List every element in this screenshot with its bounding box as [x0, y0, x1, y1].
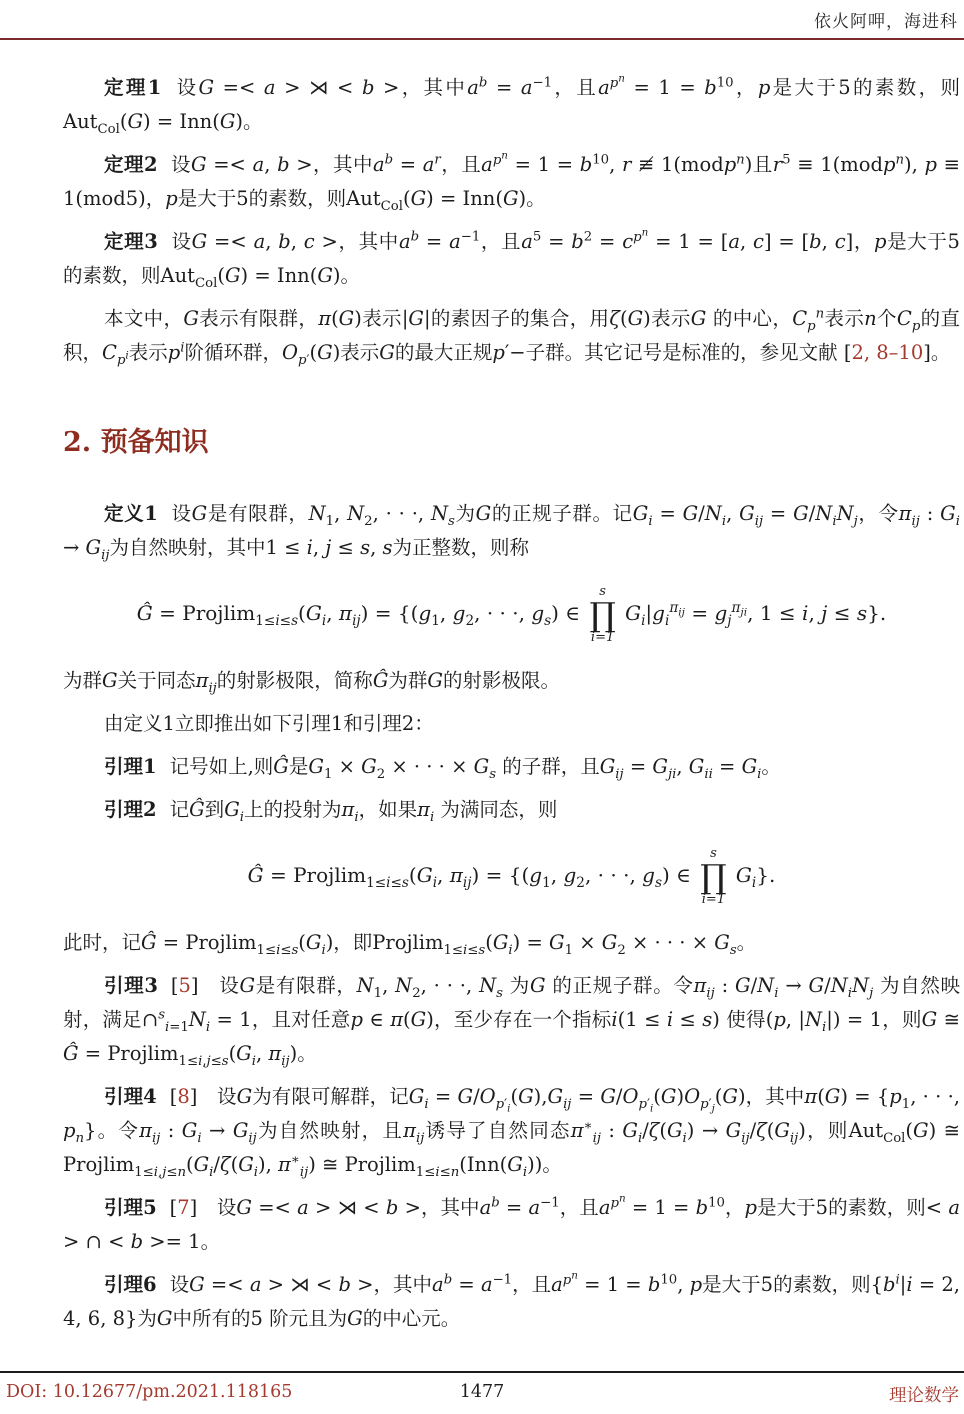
- page-body: 定理1设G =< a > ⋊ < b >，其中ab = a−1，且apn = 1…: [63, 40, 960, 1345]
- equation-projlim-product: Ĝ = Projlim1≤i≤s(Gi, πij) = {(g1, g2, · …: [63, 847, 960, 906]
- lemma-2-text: 记Ĝ到Gi上的投射为πi，如果πi 为满同态，则: [170, 798, 558, 821]
- paragraph-notation-intro: 本文中，G表示有限群，π(G)表示|G|的素因子的集合，用ζ(G)表示G 的中心…: [63, 302, 960, 370]
- lemma-5-label: 引理5: [104, 1196, 157, 1219]
- lemma-6-text: 设G =< a > ⋊ < b >，其中ab = a−1，且apn = 1 = …: [63, 1273, 960, 1330]
- definition-1-label: 定义1: [104, 502, 158, 525]
- lemma-1-text: 记号如上,则Ĝ是G1 × G2 × · · · × Gs 的子群，且Gij = …: [170, 755, 781, 778]
- citation-7[interactable]: 7: [177, 1196, 189, 1219]
- equation-1-text: Ĝ = Projlim1≤i≤s(Gi, πij) = {(g1, g2, · …: [137, 601, 886, 625]
- paragraph-lemma-3: 引理3[5] 设G是有限群，N1, N2, · · ·, Ns 为G 的正规子群…: [63, 969, 960, 1071]
- lemma-2-label: 引理2: [104, 798, 157, 821]
- notation-intro-text: 本文中，G表示有限群，π(G)表示|G|的素因子的集合，用ζ(G)表示G 的中心…: [63, 307, 960, 364]
- paragraph-lemma-6: 引理6设G =< a > ⋊ < b >，其中ab = a−1，且apn = 1…: [63, 1268, 960, 1336]
- definition-1-text: 设G是有限群，N1, N2, · · ·, Ns为G的正规子群。记Gi = G/…: [63, 502, 960, 559]
- derive-lemmas-text: 由定义1立即推出如下引理1和引理2：: [104, 712, 434, 735]
- section-heading-preliminaries: 2. 预备知识: [63, 420, 960, 459]
- paragraph-theorem-2: 定理2设G =< a, b >，其中ab = ar，且apn = 1 = b10…: [63, 148, 960, 216]
- theorem-2-text: 设G =< a, b >，其中ab = ar，且apn = 1 = b10, r…: [63, 153, 960, 210]
- lemma-5-text: [7] 设G =< a > ⋊ < b >，其中ab = a−1，且apn = …: [63, 1196, 960, 1253]
- product-symbol: s∏i=1: [589, 585, 615, 644]
- paragraph-theorem-3: 定理3设G =< a, b, c >，其中ab = a−1，且a5 = b2 =…: [63, 225, 960, 293]
- paragraph-lemma-1: 引理1记号如上,则Ĝ是G1 × G2 × · · · × Gs 的子群，且Gij…: [63, 750, 960, 784]
- doi-link[interactable]: DOI: 10.12677/pm.2021.118165: [6, 1382, 292, 1402]
- paragraph-lemma-2: 引理2记Ĝ到Gi上的投射为πi，如果πi 为满同态，则: [63, 793, 960, 827]
- theorem-3-label: 定理3: [104, 230, 158, 253]
- paragraph-projlim-direct-product: 此时，记Ĝ = Projlim1≤i≤s(Gi)，即Projlim1≤i≤s(G…: [63, 926, 960, 960]
- equation-2-text: Ĝ = Projlim1≤i≤s(Gi, πij) = {(g1, g2, · …: [248, 863, 776, 887]
- lemma-4-text: [8] 设G为有限可解群，记Gi = G/Op′i(G),Gij = G/Op′…: [63, 1085, 960, 1176]
- journal-name: 理论数学: [889, 1382, 959, 1407]
- paragraph-lemma-5: 引理5[7] 设G =< a > ⋊ < b >，其中ab = a−1，且apn…: [63, 1191, 960, 1259]
- lemma-4-label: 引理4: [104, 1085, 157, 1108]
- lemma-3-text: [5] 设G是有限群，N1, N2, · · ·, Ns 为G 的正规子群。令π…: [63, 974, 960, 1065]
- theorem-2-label: 定理2: [104, 153, 158, 176]
- lemma-3-label: 引理3: [104, 974, 158, 997]
- theorem-1-text: 设G =< a > ⋊ < b >，其中ab = a−1，且apn = 1 = …: [63, 76, 960, 133]
- citation-8[interactable]: 8: [177, 1085, 189, 1108]
- equation-projlim-full: Ĝ = Projlim1≤i≤s(Gi, πij) = {(g1, g2, · …: [63, 585, 960, 644]
- product-symbol: s∏i=1: [700, 847, 726, 906]
- paragraph-theorem-1: 定理1设G =< a > ⋊ < b >，其中ab = a−1，且apn = 1…: [63, 71, 960, 139]
- projlim-direct-product-text: 此时，记Ĝ = Projlim1≤i≤s(Gi)，即Projlim1≤i≤s(G…: [63, 931, 756, 954]
- citation-5[interactable]: 5: [179, 974, 191, 997]
- theorem-1-label: 定理1: [104, 76, 161, 99]
- lemma-1-label: 引理1: [104, 755, 157, 778]
- page-header: 依火阿呷，海进科: [0, 0, 964, 38]
- paragraph-lemma-4: 引理4[8] 设G为有限可解群，记Gi = G/Op′i(G),Gij = G/…: [63, 1080, 960, 1182]
- projlim-description-text: 为群G关于同态πij的射影极限，简称Ĝ为群G的射影极限。: [63, 669, 560, 692]
- page-number: 1477: [460, 1382, 505, 1402]
- paragraph-projlim-description: 为群G关于同态πij的射影极限，简称Ĝ为群G的射影极限。: [63, 664, 960, 698]
- lemma-6-label: 引理6: [104, 1273, 157, 1296]
- citation-2-8-10[interactable]: 2, 8–10: [851, 341, 923, 364]
- paper-page: 依火阿呷，海进科 定理1设G =< a > ⋊ < b >，其中ab = a−1…: [0, 0, 964, 1414]
- theorem-3-text: 设G =< a, b, c >，其中ab = a−1，且a5 = b2 = cp…: [63, 230, 960, 287]
- paragraph-derive-lemmas: 由定义1立即推出如下引理1和引理2：: [63, 707, 960, 741]
- running-head-authors: 依火阿呷，海进科: [814, 7, 958, 32]
- page-footer: DOI: 10.12677/pm.2021.118165 1477 理论数学: [0, 1371, 964, 1414]
- paragraph-definition-1: 定义1设G是有限群，N1, N2, · · ·, Ns为G的正规子群。记Gi =…: [63, 497, 960, 565]
